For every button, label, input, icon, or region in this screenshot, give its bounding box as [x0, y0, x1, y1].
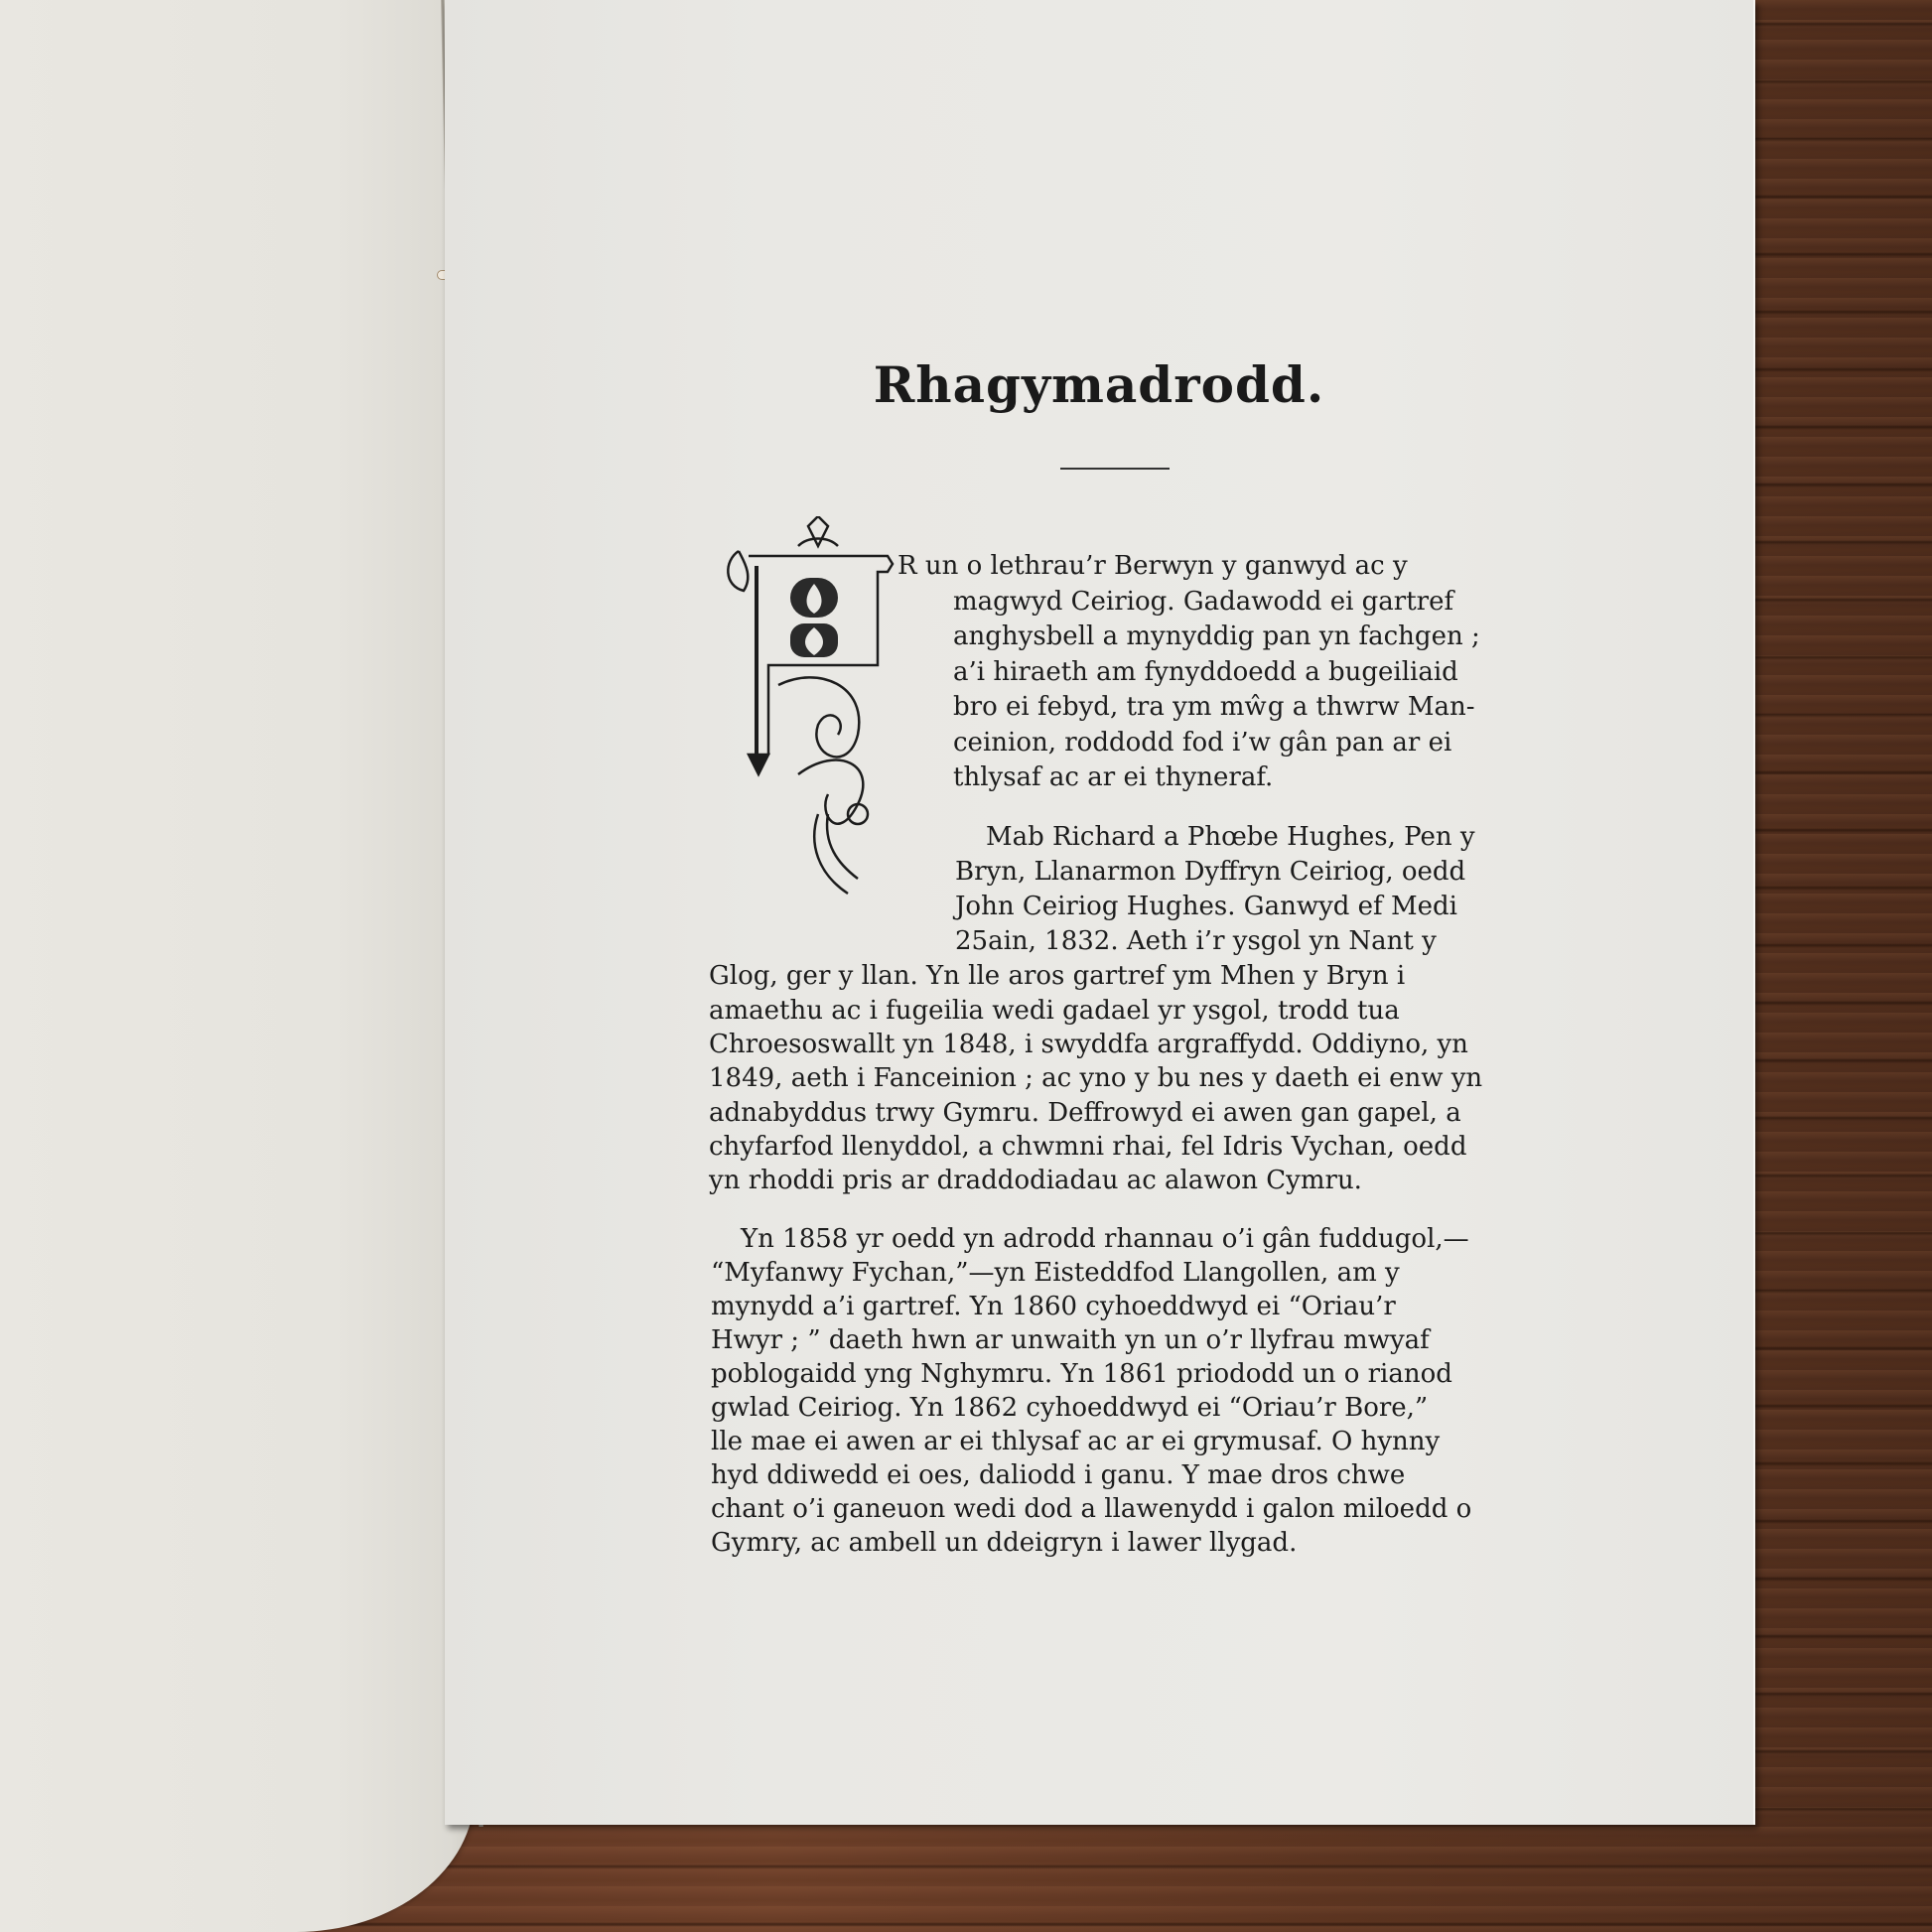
text-line: John Ceiriog Hughes. Ganwyd ef Medi [955, 890, 1241, 925]
text-line: magwyd Ceiriog. Gadawodd ei gartref [953, 585, 1241, 621]
text-line: Mab Richard a Phœbe Hughes, Pen y [986, 820, 1241, 856]
text-line: Hwyr ; ” daeth hwn ar unwaith yn un o’r … [711, 1323, 1241, 1359]
text-line: bro ei febyd, tra ym mŵg a thwrw Man- [953, 690, 1241, 726]
title-divider [1060, 468, 1170, 470]
text-line: a’i hiraeth am fynyddoedd a bugeiliaid [953, 655, 1241, 691]
text-line: mynydd a’i gartref. Yn 1860 cyhoeddwyd e… [711, 1290, 1241, 1325]
text-line: chant o’i ganeuon wedi dod a llawenydd i… [711, 1492, 1241, 1528]
text-line: Chroesoswallt yn 1848, i swyddfa argraff… [709, 1028, 1241, 1063]
text-line: gwlad Ceiriog. Yn 1862 cyhoeddwyd ei “Or… [711, 1391, 1241, 1427]
ornate-drop-cap-a-icon [709, 516, 927, 903]
text-line: amaethu ac i fugeilia wedi gadael yr ysg… [709, 994, 1241, 1030]
text-line: 25ain, 1832. Aeth i’r ysgol yn Nant y [955, 924, 1241, 960]
text-line: anghysbell a mynyddig pan yn fachgen ; [953, 620, 1241, 655]
text-line: ceinion, roddodd fod i’w gân pan ar ei [953, 726, 1241, 761]
text-line: yn rhoddi pris ar draddodiadau ac alawon… [709, 1164, 1362, 1199]
text-line: Glog, ger y llan. Yn lle aros gartref ym… [709, 959, 1241, 995]
text-line: adnabyddus trwy Gymru. Deffrowyd ei awen… [709, 1096, 1241, 1132]
text-line: Yn 1858 yr oedd yn adrodd rhannau o’i gâ… [741, 1222, 1469, 1258]
text-line: hyd ddiwedd ei oes, daliodd i ganu. Y ma… [711, 1458, 1241, 1494]
text-line: poblogaidd yng Nghymru. Yn 1861 priododd… [711, 1357, 1241, 1393]
text-line: “Myfanwy Fychan,”—yn Eisteddfod Llangoll… [711, 1256, 1241, 1292]
page-title: Rhagymadrodd. [445, 355, 1753, 414]
text-line: chyfarfod llenyddol, a chwmni rhai, fel … [709, 1130, 1241, 1166]
right-page: Rhagymadrodd. R un o lethrau’r Berwyn y … [445, 0, 1755, 1825]
text-line: Gymry, ac ambell un ddeigryn i lawer lly… [711, 1526, 1297, 1562]
text-line: thlysaf ac ar ei thyneraf. [953, 760, 1273, 796]
left-blank-page [0, 0, 475, 1932]
text-line: lle mae ei awen ar ei thlysaf ac ar ei g… [711, 1425, 1241, 1460]
text-line: R un o lethrau’r Berwyn y ganwyd ac y [897, 549, 1241, 585]
text-line: 1849, aeth i Fanceinion ; ac yno y bu ne… [709, 1061, 1241, 1097]
text-line: Bryn, Llanarmon Dyffryn Ceiriog, oedd [955, 855, 1241, 891]
